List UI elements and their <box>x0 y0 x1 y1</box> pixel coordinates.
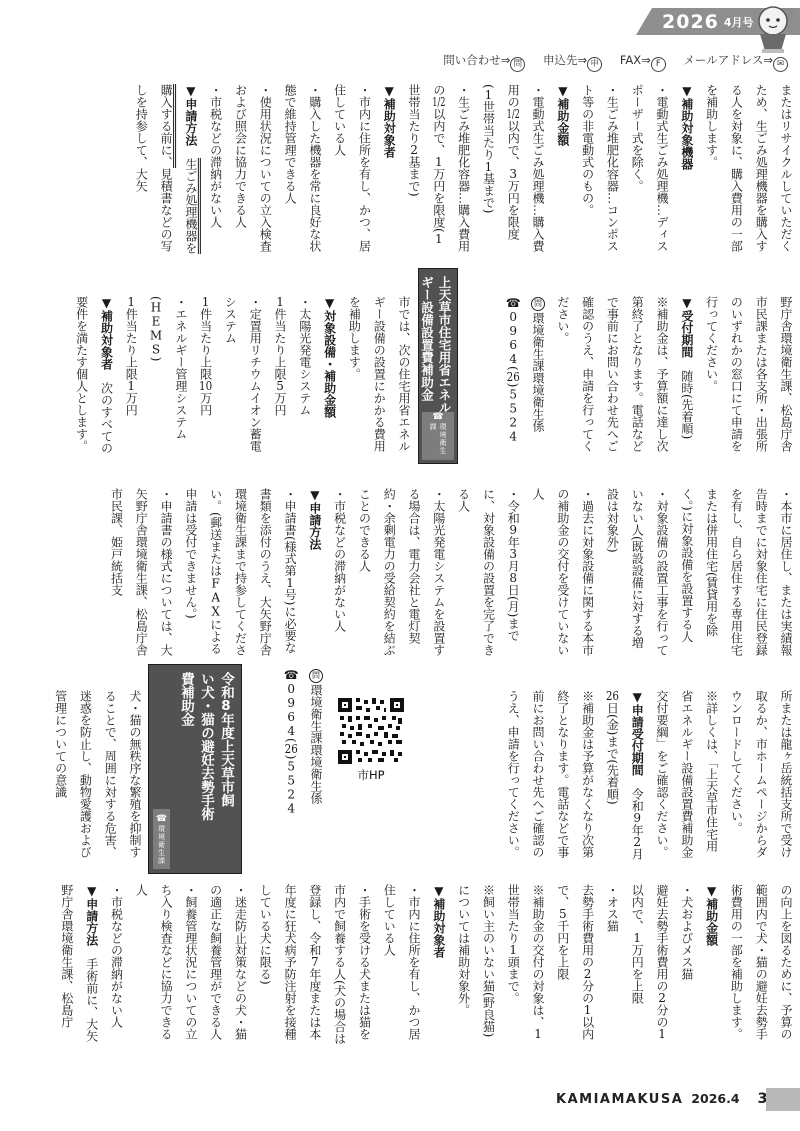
text-block: ・迷走防止対策などの犬・猫の適正な飼養管理ができる人 <box>203 884 253 1048</box>
article3-department-badge: ☎ 環境衛生課 <box>153 809 170 869</box>
text-block: ・オス猫 <box>600 884 625 1048</box>
text-block: ・申請書の様式については、大矢野庁舎環境衛生課、松島庁舎市民課、姫戸統括支 <box>104 488 178 658</box>
text-block: ▼申請方法 手術前に、大矢野庁舎環境衛生課、松島庁 <box>54 884 104 1048</box>
department-label: 環境衛生課 <box>157 825 167 865</box>
arrow-icon: ⇒ <box>763 53 773 67</box>
text-block: ▼補助対象者 <box>376 84 401 256</box>
text-block: ※補助金は予算がなくなり次第終了となります。電話などで事前にお問い合わせ先へご確… <box>500 690 599 860</box>
legend-item: メールアドレス⇒✉ <box>683 53 788 67</box>
text-block: ・市内に住所を有し、かつ居住している人 <box>376 884 426 1048</box>
text-block: またはリサイクルしていただくため、生ごみ処理機器を購入する人を対象に、購入費用の… <box>699 84 798 256</box>
article2-department-badge: ☎ 環境衛生課 <box>422 412 454 460</box>
text-block: ・電動式生ごみ処理機…購入費用の1/2以内で、3万円を限度(1世帯当たり1基まで… <box>476 84 550 256</box>
text-block: ※補助金の交付の対象は、1世帯当たり1頭まで。 <box>500 884 550 1048</box>
text-block: ▼補助金額 <box>550 84 575 256</box>
text-block: 問環境衛生課環境衛生係 <box>525 296 550 462</box>
text-block: 問環境衛生課環境衛生係 <box>303 668 328 844</box>
article2-contact: 問環境衛生課環境衛生係☎0964(26)5524 <box>268 668 328 844</box>
text-block: ▼受付期間 随時(先着順) <box>674 296 699 462</box>
circled-fax-icon: F <box>651 57 666 72</box>
article2-body-2: ・本市に居住し、または実績報告時までに対象住宅に住民登録を有し、自ら居住する専用… <box>58 488 798 658</box>
text-block: ※飼い主のいない猫(野良猫)については補助対象外。 <box>451 884 501 1048</box>
text-block: ☎0964(26)5524 <box>500 296 525 462</box>
legend-item: FAX⇒F <box>620 53 666 67</box>
text-block: ・エネルギー管理システム(HEMS) <box>143 296 193 462</box>
text-block: ・本市に居住し、または実績報告時までに対象住宅に住民登録を有し、自ら居住する専用… <box>674 488 798 658</box>
text-block: ▼補助対象機器 <box>674 84 699 256</box>
article2-body-3: 所または龍ヶ岳統括支所で受け取るか、市ホームページからダウンロードしてください。… <box>414 690 798 860</box>
text-block: 去勢手術費用の2分の1以内で、5千円を上限 <box>550 884 600 1048</box>
article3-body-1: 犬・猫の無秩序な繁殖を抑制することで、周囲に対する危害、迷惑を防止し、動物愛護お… <box>48 690 147 860</box>
text-block: ・購入した機器を常に良好な状態で維持管理できる人 <box>277 84 327 256</box>
department-label: 環境衛生課 <box>428 423 448 460</box>
legend-item: 問い合わせ⇒問 <box>443 53 525 67</box>
text-block: 1件当たり上限10万円 <box>193 296 218 462</box>
text-block: ・生ごみ堆肥化容器…購入費用の1/2以内で、1万円を限度(1世帯当たり2基まで) <box>401 84 475 256</box>
text-block: ・電動式生ごみ処理機…ディスポーザー式を除く。 <box>624 84 674 256</box>
text-block: ・市内に住所を有し、かつ、居住している人 <box>327 84 377 256</box>
text-block: ▼対象設備・補助金額 <box>317 296 342 462</box>
mail-icon: ✉ <box>773 57 788 72</box>
text-block: ・定置用リチウムイオン蓄電システム <box>218 296 268 462</box>
article1-body-top: またはリサイクルしていただくため、生ごみ処理機器を購入する人を対象に、購入費用の… <box>58 84 798 256</box>
text-block: 野庁舎環境衛生課、松島庁舎市民課または各支所・出張所のいずれかの窓口にて申請を行… <box>699 296 798 462</box>
text-block: ・飼養管理状況についての立ち入り検査などに協力できる人 <box>128 884 202 1048</box>
arrow-icon: ⇒ <box>578 53 588 67</box>
text-block: ※補助金は、予算額に達し次第終了となります。電話などで事前にお問い合わせ先へご確… <box>550 296 674 462</box>
text-block: 避妊去勢手術費用の2分の1以内で、1万円を上限 <box>624 884 674 1048</box>
text-block: ・市税などの滞納がない人 <box>104 884 129 1048</box>
text-block: ・使用状況についての立入検査および照会に協力できる人 <box>228 84 278 256</box>
text-block: ▼申請方法 <box>302 488 327 658</box>
arrow-icon: ⇒ <box>641 53 651 67</box>
text-block: ・太陽光発電システム <box>292 296 317 462</box>
text-block: 1件当たり上限5万円 <box>267 296 292 462</box>
contact-legend: 問い合わせ⇒問 申込先⇒申 FAX⇒F メールアドレス⇒✉ <box>348 52 788 72</box>
qr-code <box>338 698 404 764</box>
phone-icon: ☎ <box>157 814 167 825</box>
text-block: 所または龍ヶ岳統括支所で受け取るか、市ホームページからダウンロードしてください。 <box>724 690 798 860</box>
text-block: ・生ごみ堆肥化容器…コンポスト等の非電動式のもの。 <box>575 84 625 256</box>
article2-body-1: 市では、次の住宅用省エネルギー設備の設置にかかる費用を補助します。▼対象設備・補… <box>57 296 416 462</box>
circled-apply-icon: 申 <box>587 57 602 72</box>
qr-caption: 市HP <box>336 767 406 783</box>
text-block: ・市税などの滞納がない人 <box>327 488 352 658</box>
text-block: ▼申請受付期間 令和9年2月26日(金)まで(先着順) <box>600 690 650 860</box>
legend-item: 申込先⇒申 <box>543 53 602 67</box>
text-block: ☎0964(26)5524 <box>278 668 303 844</box>
article1-body-bottom: 野庁舎環境衛生課、松島庁舎市民課または各支所・出張所のいずれかの窓口にて申請を行… <box>462 296 798 462</box>
text-block: ・犬およびメス猫 <box>674 884 699 1048</box>
text-block: ・太陽光発電システムを設置する場合は、電力会社と電灯契約・余剰電力の受給契約を結… <box>352 488 451 658</box>
footer-brand: KAMIAMAKUSA <box>556 1092 683 1107</box>
circled-inquiry-icon: 問 <box>510 57 525 72</box>
qr-code-block: 市HP <box>336 698 406 783</box>
text-block: ・申請書(様式第1号)に必要な書類を添付のうえ、大矢野庁舎環境衛生課まで持参して… <box>178 488 302 658</box>
text-block: ▼補助金額 <box>699 884 724 1048</box>
text-block: 1件当たり上限1万円 <box>118 296 143 462</box>
text-block: ※詳しくは、「上天草市住宅用省エネルギー設備設置費補助金交付要綱」をご確認くださ… <box>649 690 723 860</box>
issue-year: 2026 <box>662 11 719 33</box>
article3-title-block: 令和8年度上天草市飼い犬・猫の避妊去勢手術費補助金 ☎ 環境衛生課 <box>148 664 242 874</box>
article3-body-2: の向上を図るために、予算の範囲内で犬・猫の避妊去勢手術費用の一部を補助します。▼… <box>58 884 798 1048</box>
footer-issue: 2026.4 <box>691 1091 739 1106</box>
text-block: ・過去に対象設備に関する本市の補助金の交付を受けていない人 <box>525 488 599 658</box>
page-edge-tab <box>766 1088 800 1111</box>
article2-title-block: 上天草市住宅用省エネルギー設備設置費補助金 ☎ 環境衛生課 <box>418 268 458 464</box>
phone-icon: ☎ <box>433 412 443 423</box>
text-block: の向上を図るために、予算の範囲内で犬・猫の避妊去勢手術費用の一部を補助します。 <box>724 884 798 1048</box>
newsletter-page: 2026 4月号 問い合わせ⇒問 申込先⇒申 FAX⇒F メールアドレス⇒✉ ま… <box>0 0 800 1131</box>
article3-title: 令和8年度上天草市飼い犬・猫の避妊去勢手術費補助金 <box>176 672 236 821</box>
mascot-image <box>748 1 798 55</box>
article2-title: 上天草市住宅用省エネルギー設備設置費補助金 <box>418 276 453 414</box>
text-block: 犬・猫の無秩序な繁殖を抑制することで、周囲に対する危害、迷惑を防止し、動物愛護お… <box>48 690 147 860</box>
page-footer: KAMIAMAKUSA 2026.4 38 <box>556 1091 778 1107</box>
text-block: ▼申請方法 生ごみ処理機器を購入する前に、見積書などの写しを持参して、大矢 <box>128 84 202 256</box>
text-block: ▼補助対象者 <box>426 884 451 1048</box>
arrow-icon: ⇒ <box>501 53 511 67</box>
circled-inquiry-icon: 問 <box>309 669 323 683</box>
text-block: ・市税などの滞納がない人 <box>203 84 228 256</box>
circled-inquiry-icon: 問 <box>531 297 545 311</box>
text-block: ・対象設備の設置工事を行っていない人(既設設備に対する増設は対象外) <box>600 488 674 658</box>
text-block: ・令和9年3月8日(月)までに、対象設備の設置を完了できる人 <box>451 488 525 658</box>
text-block: 市では、次の住宅用省エネルギー設備の設置にかかる費用を補助します。 <box>342 296 416 462</box>
text-block: ・手術を受ける犬または猫を市内で飼養する人(犬の場合は登録し、令和7年度または本… <box>252 884 376 1048</box>
text-block: ▼補助対象者 次のすべての要件を満たす個人とします。 <box>69 296 119 462</box>
